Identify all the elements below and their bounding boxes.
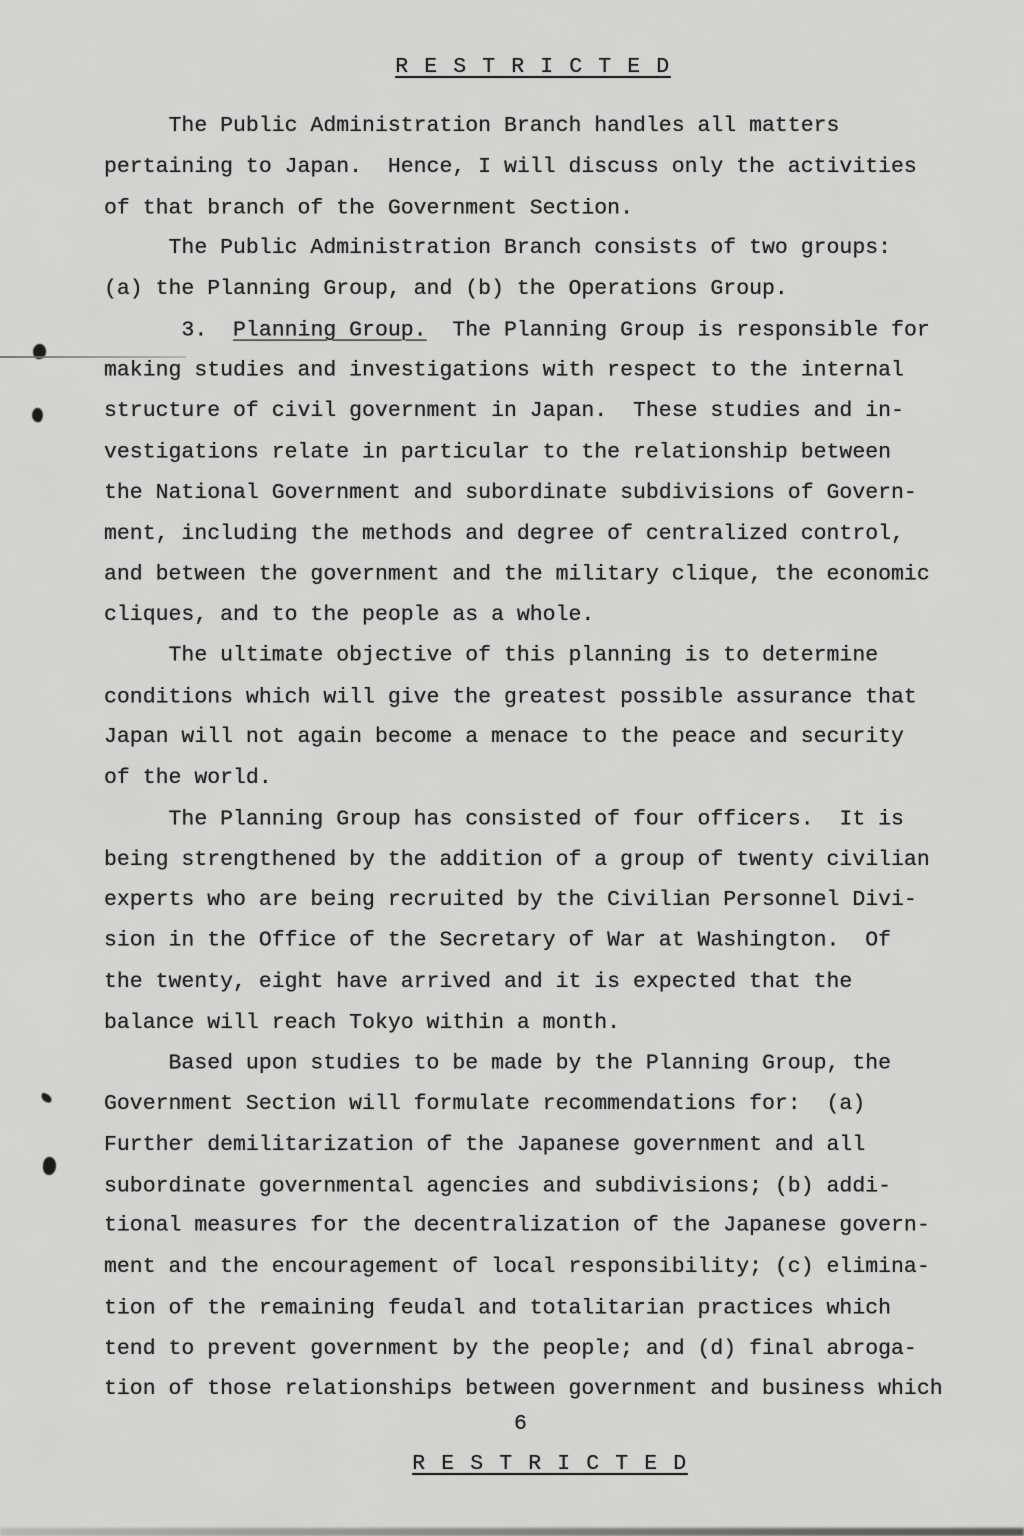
body-line: Government Section will formulate recomm… (104, 1084, 984, 1125)
body-line: conditions which will give the greatest … (104, 677, 984, 718)
body-line: Further demilitarization of the Japanese… (104, 1125, 984, 1166)
body-line-numbered-heading: 3. Planning Group. The Planning Group is… (104, 310, 984, 351)
body-line: ment, including the methods and degree o… (104, 514, 984, 555)
body-line: The Planning Group has consisted of four… (104, 799, 984, 840)
body-line: Based upon studies to be made by the Pla… (104, 1044, 984, 1085)
page-number: 6 (514, 1412, 554, 1436)
item-title-underlined: Planning Group. (233, 318, 427, 342)
body-line: experts who are being recruited by the C… (104, 880, 984, 921)
body-line: subordinate governmental agencies and su… (104, 1166, 984, 1207)
document-body: The Public Administration Branch handles… (104, 106, 984, 1410)
ink-mark (30, 407, 44, 423)
body-line: of that branch of the Government Section… (104, 188, 984, 229)
item-number: 3. (104, 318, 233, 342)
body-line: The ultimate objective of this planning … (104, 635, 984, 676)
body-line: structure of civil government in Japan. … (104, 391, 984, 432)
body-line: the National Government and subordinate … (104, 473, 984, 514)
body-line: and between the government and the milit… (104, 555, 984, 596)
body-line: the twenty, eight have arrived and it is… (104, 962, 984, 1003)
body-line: The Public Administration Branch handles… (104, 106, 984, 147)
scan-artifact-line (0, 356, 186, 358)
item-sentence: The Planning Group is responsible for (427, 318, 930, 342)
body-line: cliques, and to the people as a whole. (104, 595, 984, 636)
body-line: Japan will not again become a menace to … (104, 717, 984, 758)
body-line: tional measures for the decentralization… (104, 1206, 984, 1247)
body-line: making studies and investigations with r… (104, 350, 984, 391)
body-line: tion of those relationships between gove… (104, 1369, 984, 1410)
body-line: balance will reach Tokyo within a month. (104, 1003, 984, 1044)
body-line: vestigations relate in particular to the… (104, 433, 984, 474)
body-line: pertaining to Japan. Hence, I will discu… (104, 147, 984, 188)
body-line: sion in the Office of the Secretary of W… (104, 921, 984, 962)
body-line: ment and the encouragement of local resp… (104, 1247, 984, 1288)
classification-footer: R E S T R I C T E D (0, 1452, 1024, 1476)
body-line: The Public Administration Branch consist… (104, 228, 984, 269)
scan-edge-shadow (0, 1528, 1024, 1536)
ink-mark (40, 1092, 53, 1103)
document-page: R E S T R I C T E D The Public Administr… (0, 0, 1024, 1536)
body-line: tend to prevent government by the people… (104, 1329, 984, 1370)
body-line: tion of the remaining feudal and totalit… (104, 1288, 984, 1329)
body-line: (a) the Planning Group, and (b) the Oper… (104, 269, 984, 310)
classification-header: R E S T R I C T E D (0, 55, 1024, 79)
body-line: of the world. (104, 758, 984, 799)
body-line: being strengthened by the addition of a … (104, 840, 984, 881)
ink-mark (42, 1156, 57, 1175)
